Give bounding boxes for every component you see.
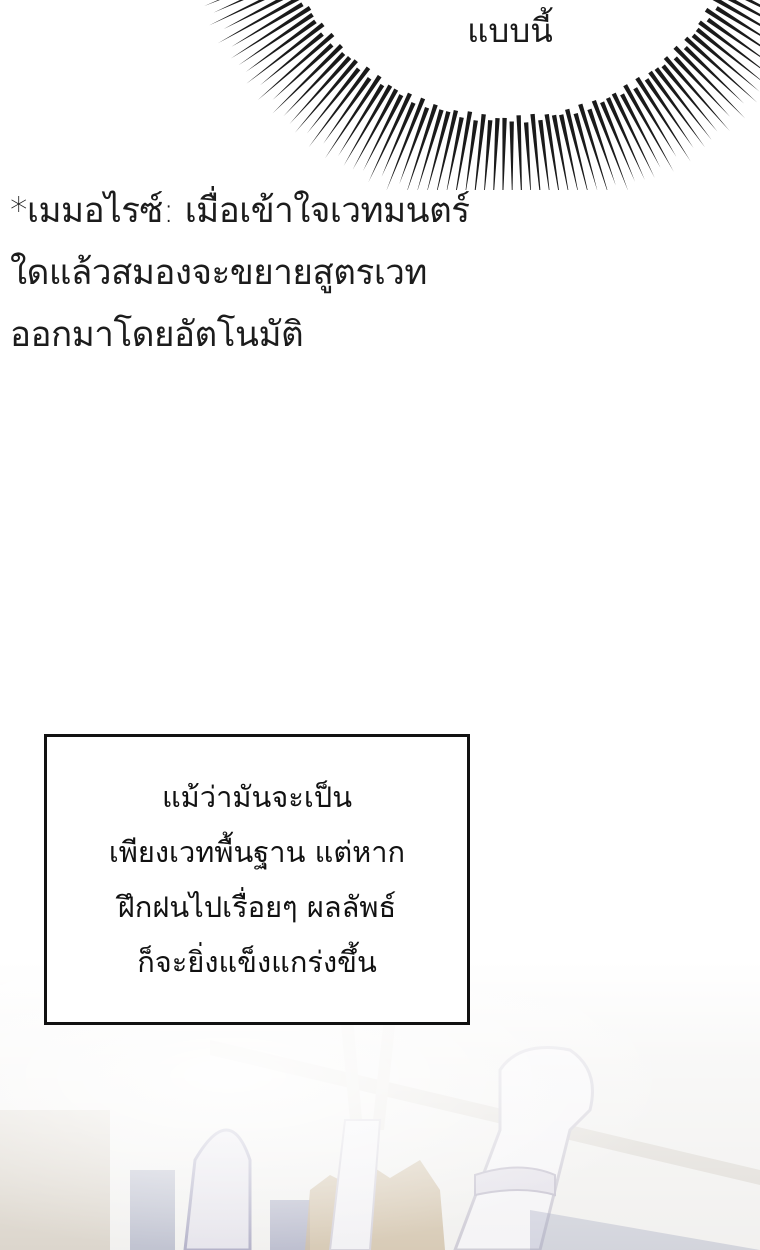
caption-line: แม้ว่ามันจะเป็น	[162, 770, 352, 825]
narration-caption-box: แม้ว่ามันจะเป็น เพียงเวทพื้นฐาน แต่หาก ฝ…	[44, 734, 470, 1025]
caption-line: ฝึกฝนไปเรื่อยๆ ผลลัพธ์	[118, 880, 396, 935]
caption-line: เพียงเวทพื้นฐาน แต่หาก	[109, 825, 405, 880]
note-line: *เมมอไรซ์: เมื่อเข้าใจเวทมนตร์	[10, 180, 470, 242]
caption-line: ก็จะยิ่งแข็งแกร่งขึ้น	[137, 935, 377, 990]
translator-note: *เมมอไรซ์: เมื่อเข้าใจเวทมนตร์ ใดแล้วสมอ…	[10, 180, 470, 366]
burst-dialogue-text: แบบนี้	[440, 4, 580, 57]
note-line: ออกมาโดยอัตโนมัติ	[10, 304, 470, 366]
note-line: ใดแล้วสมองจะขยายสูตรเวท	[10, 242, 470, 304]
speed-lines-burst	[0, 0, 760, 190]
